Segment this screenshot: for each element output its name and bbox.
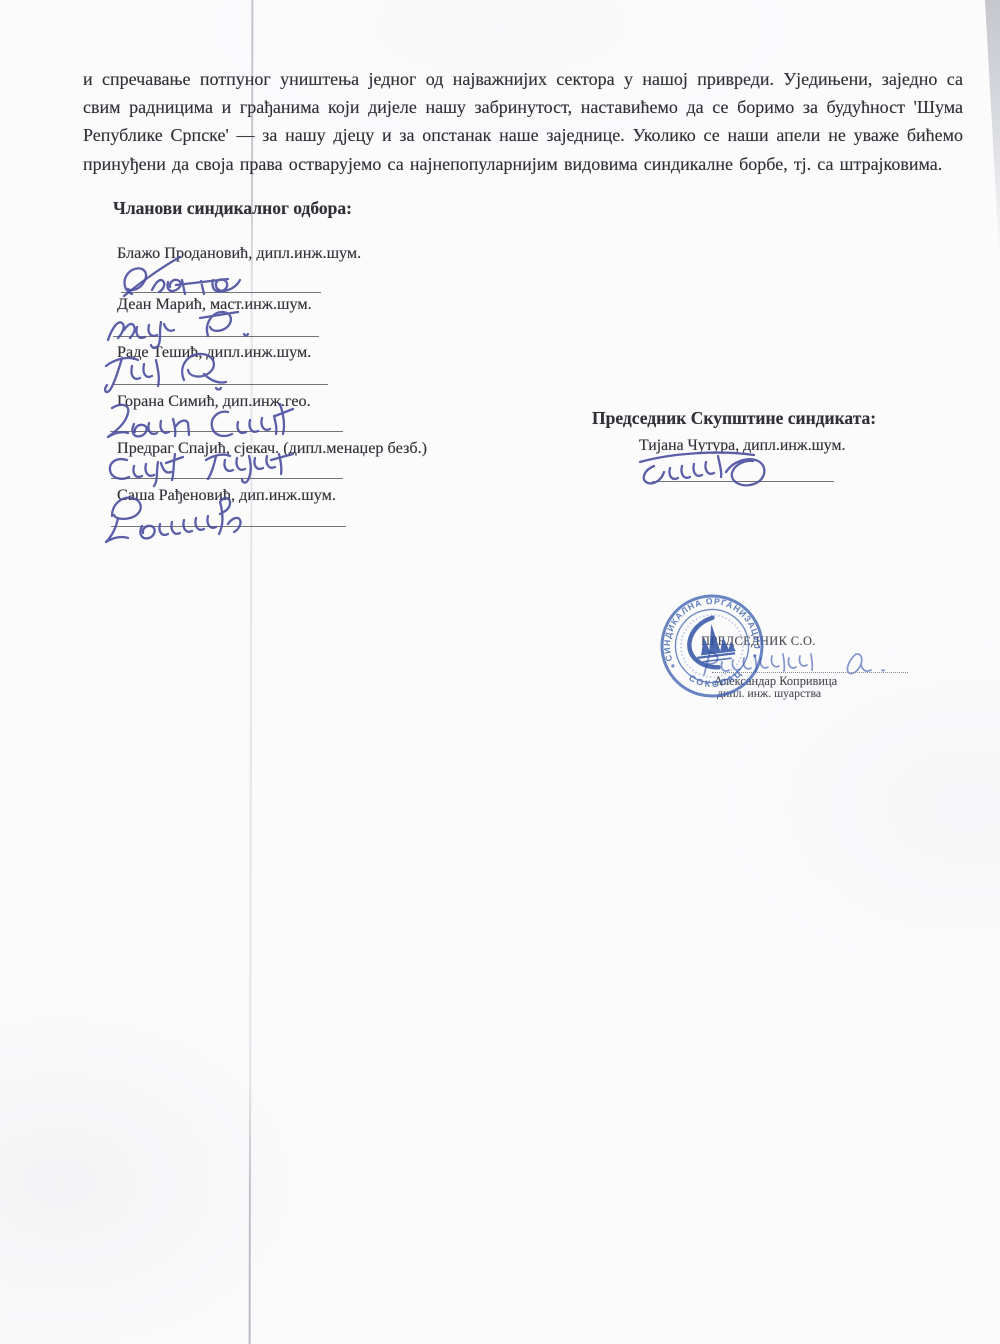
signature-blazo-prodanovic-icon: [116, 252, 331, 302]
signature-gorana-simic-icon: [100, 398, 345, 442]
signature-predrag-spajic-icon: [103, 450, 343, 488]
stamp-logo-trees-icon: [686, 615, 737, 670]
signature-tijana-cutura-icon: [632, 444, 812, 492]
scanned-document-page: и спречавање потпуног уништења једног од…: [0, 0, 1000, 1344]
body-paragraph: и спречавање потпуног уништења једног од…: [83, 65, 963, 178]
president-heading: Председник Скупштине синдиката:: [592, 408, 876, 429]
signature-rade-tesic-icon: [104, 348, 274, 398]
members-heading: Чланови синдикалног одбора:: [113, 198, 352, 219]
signature-sasa-radjenovic-icon: [102, 494, 337, 546]
union-stamp-icon: СИНДИКАЛНА ОРГАНИЗАЦИЈА СОКОЛАЦ: [650, 584, 775, 709]
signature-dean-maric-icon: [104, 300, 274, 348]
page-edge-shadow: [985, 0, 1000, 268]
union-stamp: СИНДИКАЛНА ОРГАНИЗАЦИЈА СОКОЛАЦ: [650, 584, 775, 709]
